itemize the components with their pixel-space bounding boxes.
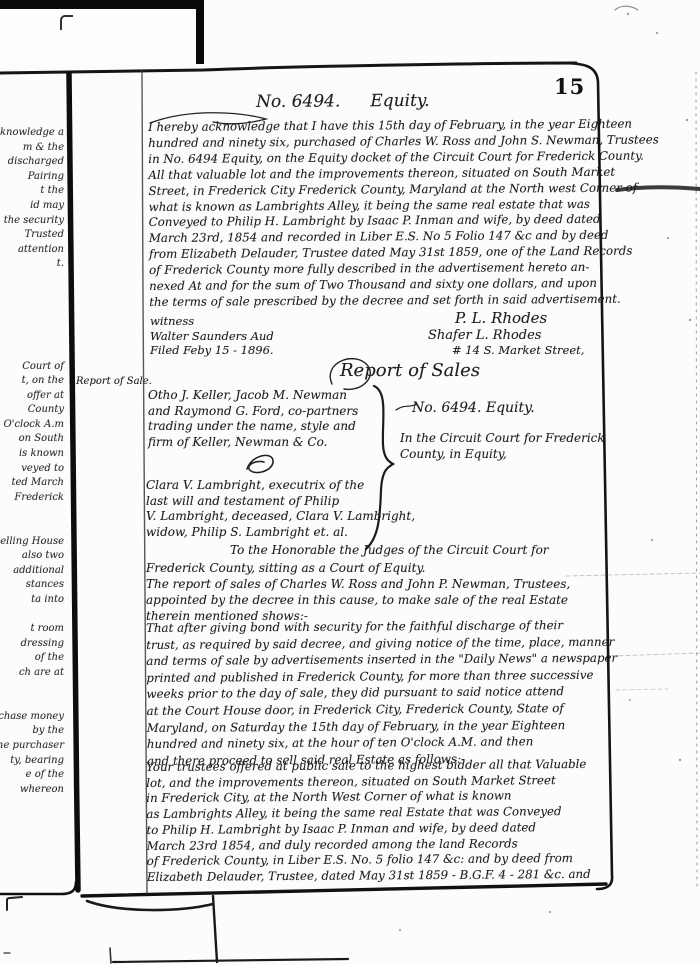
- bottom-horizontal-line: [113, 959, 348, 962]
- scanned-record-page: knowledge am & thedischargedPairingt the…: [0, 0, 700, 965]
- page-number: 15: [554, 74, 585, 99]
- handwritten-line: additional: [0, 564, 64, 579]
- caption-defendants: Clara V. Lambright, executrix of thelast…: [146, 478, 415, 540]
- handwritten-line: t.: [0, 257, 64, 272]
- report-body-paragraph-1: That after giving bond with security for…: [146, 617, 618, 770]
- report-intro: Frederick County, sitting as a Court of …: [146, 560, 570, 624]
- caption-court: In the Circuit Court for FrederickCounty…: [400, 430, 605, 462]
- bottom-vertical-line: [213, 896, 217, 962]
- adjacent-page-bottom-edge: [0, 882, 76, 894]
- witness-filed-block: witnessWalter Saunders AudFiled Feby 15 …: [150, 314, 274, 358]
- handwritten-line: The report of sales of Charles W. Ross a…: [146, 576, 570, 592]
- bottom-curved-stroke: [87, 901, 213, 910]
- bottom-small-vertical: [110, 948, 111, 963]
- caption-plaintiffs: Otho J. Keller, Jacob M. Newmanand Raymo…: [148, 388, 358, 450]
- handwritten-line: ty, bearing: [0, 754, 64, 769]
- handwritten-line: widow, Philip S. Lambright et. al.: [146, 525, 415, 541]
- top-right-squiggle: [615, 6, 638, 10]
- handwritten-line: stances: [0, 578, 64, 593]
- handwritten-line: Otho J. Keller, Jacob M. Newman: [148, 388, 358, 404]
- handwritten-line: In the Circuit Court for Frederick: [400, 430, 605, 446]
- handwritten-line: purchase money: [0, 710, 64, 725]
- handwritten-line: elling House: [0, 535, 64, 550]
- handwritten-line: ch are at: [0, 666, 64, 681]
- signature-name: P. L. Rhodes: [455, 309, 547, 327]
- handwritten-line: ted March: [0, 476, 64, 491]
- handwritten-line: t the: [0, 184, 64, 199]
- handwritten-line: m & the: [0, 141, 64, 156]
- handwritten-line: also two: [0, 549, 64, 564]
- handwritten-line: Trusted: [0, 228, 64, 243]
- margin-note: Report of Sale.: [76, 376, 152, 387]
- handwritten-line: [0, 301, 64, 316]
- handwritten-line: [0, 287, 64, 302]
- versus-flourish: [247, 455, 273, 472]
- scan-edge-dashed-line: [696, 72, 697, 888]
- handwritten-line: [0, 345, 64, 360]
- signature-name-2: Shafer L. Rhodes: [428, 328, 541, 343]
- handwritten-line: dressing: [0, 637, 64, 652]
- handwritten-line: id may: [0, 199, 64, 214]
- scan-corner-box-artifact: [0, 0, 204, 64]
- faint-rule-right-3: [616, 689, 668, 690]
- handwritten-line: [0, 695, 64, 710]
- handwritten-line: the security: [0, 214, 64, 229]
- handwritten-line: [0, 272, 64, 287]
- case-heading-type: Equity.: [370, 91, 429, 111]
- handwritten-line: V. Lambright, deceased, Clara V. Lambrig…: [146, 509, 415, 525]
- handwritten-line: [0, 681, 64, 696]
- adjacent-page-fragments: knowledge am & thedischargedPairingt the…: [0, 126, 64, 797]
- case-heading-number: No. 6494.: [256, 91, 340, 112]
- handwritten-line: Court of: [0, 360, 64, 375]
- handwritten-line: e of the: [0, 768, 64, 783]
- page-bottom-edge: [82, 884, 606, 896]
- faint-rule-right-1: [566, 573, 700, 576]
- report-body-paragraph-2: Your trustees offered at public sale to …: [146, 757, 591, 886]
- handwritten-line: firm of Keller, Newman & Co.: [148, 435, 358, 451]
- handwritten-line: [0, 505, 64, 520]
- handwritten-line: [0, 316, 64, 331]
- handwritten-line: by the: [0, 724, 64, 739]
- handwritten-line: t, on the: [0, 374, 64, 389]
- handwritten-line: Pairing: [0, 170, 64, 185]
- handwritten-line: and Raymond G. Ford, co-partners: [148, 404, 358, 420]
- handwritten-line: Elizabeth Delauder, Trustee, dated May 3…: [147, 867, 591, 886]
- handwritten-line: ta into: [0, 593, 64, 608]
- handwritten-line: Walter Saunders Aud: [150, 329, 274, 344]
- case-heading: No. 6494. Equity.: [256, 91, 430, 112]
- handwritten-line: appointed by the decree in this cause, t…: [146, 592, 570, 608]
- handwritten-line: is known: [0, 447, 64, 462]
- handwritten-line: on South: [0, 432, 64, 447]
- handwritten-line: t room: [0, 622, 64, 637]
- handwritten-line: County, in Equity,: [400, 446, 605, 462]
- report-salutation: To the Honorable the Judges of the Circu…: [230, 543, 549, 557]
- handwritten-line: attention: [0, 243, 64, 258]
- handwritten-line: [0, 608, 64, 623]
- handwritten-line: knowledge a: [0, 126, 64, 141]
- handwritten-line: the purchaser: [0, 739, 64, 754]
- page-top-edge: [0, 63, 576, 73]
- handwritten-line: County: [0, 403, 64, 418]
- handwritten-line: Frederick County, sitting as a Court of …: [146, 560, 570, 576]
- handwritten-line: witness: [150, 314, 274, 329]
- report-of-sales-heading: Report of Sales: [340, 360, 480, 381]
- handwritten-line: whereon: [0, 783, 64, 798]
- handwritten-line: O'clock A.m: [0, 418, 64, 433]
- faint-rule-right-2: [612, 653, 700, 656]
- acknowledgment-paragraph: I hereby acknowledge that I have this 15…: [148, 117, 611, 311]
- handwritten-line: [0, 330, 64, 345]
- handwritten-line: [0, 520, 64, 535]
- handwritten-line: to Philip H. Lambright by Isaac P. Inman…: [146, 820, 590, 839]
- book-gutter-line: [69, 74, 78, 890]
- handwritten-line: last will and testament of Philip: [146, 494, 415, 510]
- handwritten-line: trading under the name, style and: [148, 419, 358, 435]
- bottom-corner-bracket: [7, 897, 22, 910]
- handwritten-line: Maryland, on Saturday the 15th day of Fe…: [147, 716, 618, 736]
- handwritten-line: Clara V. Lambright, executrix of the: [146, 478, 415, 494]
- page-corner-mark: [60, 15, 73, 30]
- handwritten-line: discharged: [0, 155, 64, 170]
- handwritten-line: of the: [0, 651, 64, 666]
- handwritten-line: offer at: [0, 389, 64, 404]
- signature-address: # 14 S. Market Street,: [452, 343, 584, 357]
- handwritten-line: the terms of sale prescribed by the decr…: [149, 292, 611, 311]
- handwritten-line: veyed to: [0, 462, 64, 477]
- handwritten-line: Filed Feby 15 - 1896.: [150, 343, 274, 358]
- handwritten-line: Frederick: [0, 491, 64, 506]
- caption-case-number: No. 6494. Equity.: [412, 400, 535, 416]
